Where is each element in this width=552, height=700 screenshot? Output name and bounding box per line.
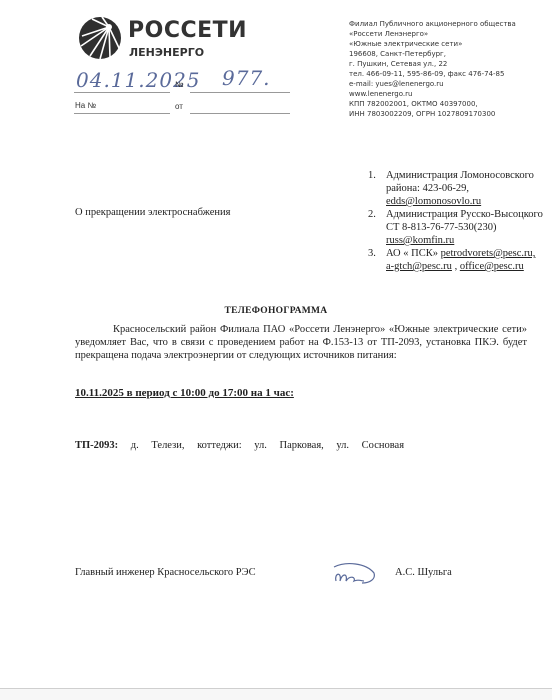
org-line: Филиал Публичного акционерного общества [349, 19, 516, 29]
recipient-email-link[interactable]: petrodvorets@pesc.ru, [441, 248, 536, 259]
recipient-text: Администрация Русско-Высоцкого СТ 8-813-… [386, 209, 543, 233]
recipient-number: 1. [368, 169, 386, 208]
document-body: Красносельский район Филиала ПАО «Россет… [75, 323, 527, 362]
substation-line: ТП-2093: д. Телези, коттеджи: ул. Парков… [75, 440, 404, 451]
substation-addresses: д. Телези, коттеджи: ул. Парковая, ул. С… [131, 440, 404, 451]
signer-name: А.С. Шульга [395, 567, 452, 578]
organization-details: Филиал Публичного акционерного общества … [349, 19, 516, 119]
recipient-email-link[interactable]: a-gtch@pesc.ru [386, 261, 452, 272]
page-bottom-edge [0, 688, 552, 700]
org-line: г. Пушкин, Сетевая ул., 22 [349, 59, 516, 69]
recipient-item: 1. Администрация Ломоносовского района: … [368, 169, 552, 208]
number-label: № [175, 80, 184, 89]
org-line: «Южные электрические сети» [349, 39, 516, 49]
handwritten-number: 977. [222, 66, 271, 90]
from-label: от [175, 102, 183, 111]
org-line: ИНН 7803002209, ОГРН 1027809170300 [349, 109, 516, 119]
recipient-email-link[interactable]: edds@lomonosovlo.ru [386, 196, 481, 207]
org-line: «Россети Ленэнерго» [349, 29, 516, 39]
recipients-list: 1. Администрация Ломоносовского района: … [368, 169, 552, 273]
reply-to-label: На № [75, 101, 96, 110]
document-subject: О прекращении электроснабжения [75, 207, 231, 218]
recipient-item: 2. Администрация Русско-Высоцкого СТ 8-8… [368, 208, 552, 247]
signer-position: Главный инженер Красносельского РЭС [75, 567, 256, 578]
recipient-number: 3. [368, 247, 386, 273]
reply-date-line [190, 113, 290, 114]
document-title: ТЕЛЕФОНОГРАММА [0, 306, 552, 316]
org-line: www.lenenergo.ru [349, 89, 516, 99]
org-line: e-mail: yues@lenenergo.ru [349, 79, 516, 89]
org-line: 196608, Санкт-Петербург, [349, 49, 516, 59]
substation-label: ТП-2093: [75, 440, 118, 451]
outage-period: 10.11.2025 в период с 10:00 до 17:00 на … [75, 387, 294, 399]
recipient-number: 2. [368, 208, 386, 247]
rosseti-logo-icon [78, 16, 122, 60]
body-paragraph: Красносельский район Филиала ПАО «Россет… [75, 323, 527, 362]
recipient-text: Администрация Ломоносовского района: 423… [386, 170, 534, 194]
org-line: тел. 466-09-11, 595-86-09, факс 476-74-8… [349, 69, 516, 79]
recipient-email-link[interactable]: russ@komfin.ru [386, 235, 454, 246]
org-line: КПП 782002001, ОКТМО 40397000, [349, 99, 516, 109]
reply-number-line [74, 113, 170, 114]
date-line [74, 92, 170, 93]
recipient-item: 3. АО « ПСК» petrodvorets@pesc.ru,a-gtch… [368, 247, 552, 273]
recipient-text: АО « ПСК» [386, 248, 438, 259]
recipient-email-link[interactable]: office@pesc.ru [460, 261, 524, 272]
brand-name: РОССЕТИ [128, 18, 247, 43]
brand-subname: ЛЕНЭНЕРГО [129, 46, 204, 59]
handwritten-signature-icon [326, 559, 378, 589]
number-line [190, 92, 290, 93]
